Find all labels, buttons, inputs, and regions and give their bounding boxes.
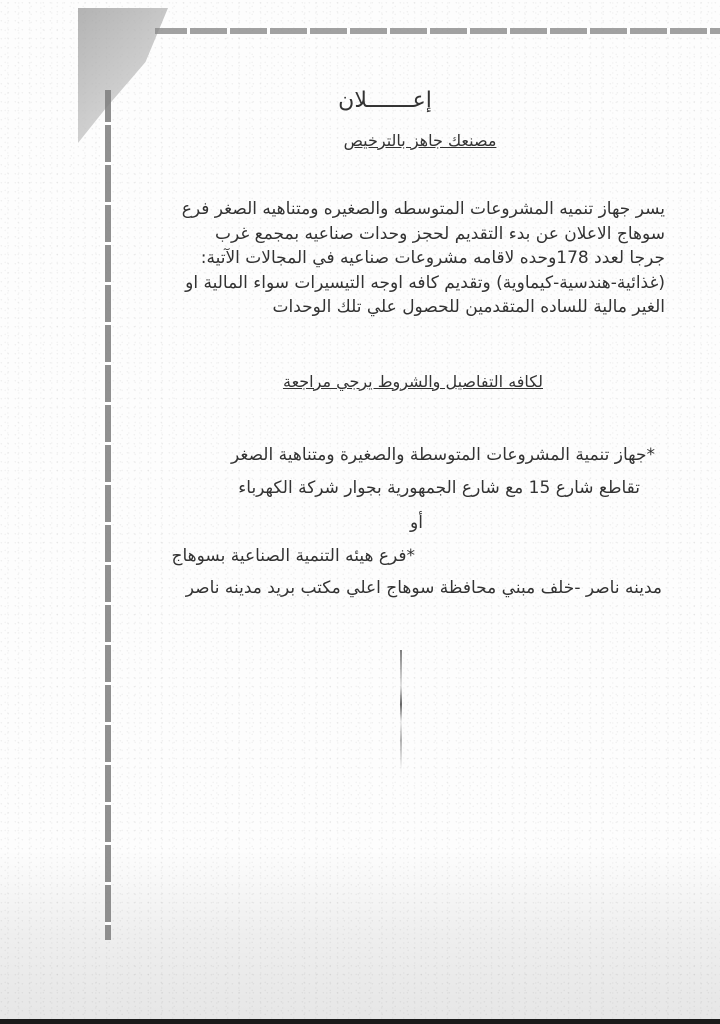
contact-1-name: *جهاز تنمية المشروعات المتوسطة والصغيرة … [231, 445, 655, 465]
page-bottom-edge [0, 1019, 720, 1024]
scan-artifact-mark [400, 650, 402, 770]
body-line: جرجا لعدد 178وحده لاقامه مشروعات صناعيه … [125, 246, 665, 271]
scanned-page: إعـــــــلان مصنعك جاهز بالترخيص يسر جها… [0, 0, 720, 1024]
body-line: الغير مالية للساده المتقدمين للحصول علي … [125, 295, 665, 320]
contact-2-address: مدينه ناصر -خلف مبني محافظة سوهاج اعلي م… [186, 578, 662, 598]
body-line: (غذائية-هندسية-كيماوية) وتقديم كافه اوجه… [125, 271, 665, 296]
contact-2-name: *فرع هيئه التنمية الصناعية بسوهاج [172, 546, 415, 566]
or-separator: أو [410, 513, 423, 533]
announcement-subtitle: مصنعك جاهز بالترخيص [330, 131, 510, 150]
announcement-title: إعـــــــلان [330, 88, 440, 113]
body-line: يسر جهاز تنميه المشروعات المتوسطه والصغي… [125, 197, 665, 222]
announcement-body: يسر جهاز تنميه المشروعات المتوسطه والصغي… [125, 197, 665, 320]
contact-1-address: تقاطع شارع 15 مع شارع الجمهورية بجوار شر… [238, 478, 640, 498]
top-border-frame [155, 28, 720, 34]
body-line: سوهاج الاعلان عن بدء التقديم لحجز وحدات … [125, 222, 665, 247]
details-heading: لكافه التفاصيل والشروط يرجي مراجعة [283, 372, 543, 391]
left-border-frame [105, 90, 111, 940]
